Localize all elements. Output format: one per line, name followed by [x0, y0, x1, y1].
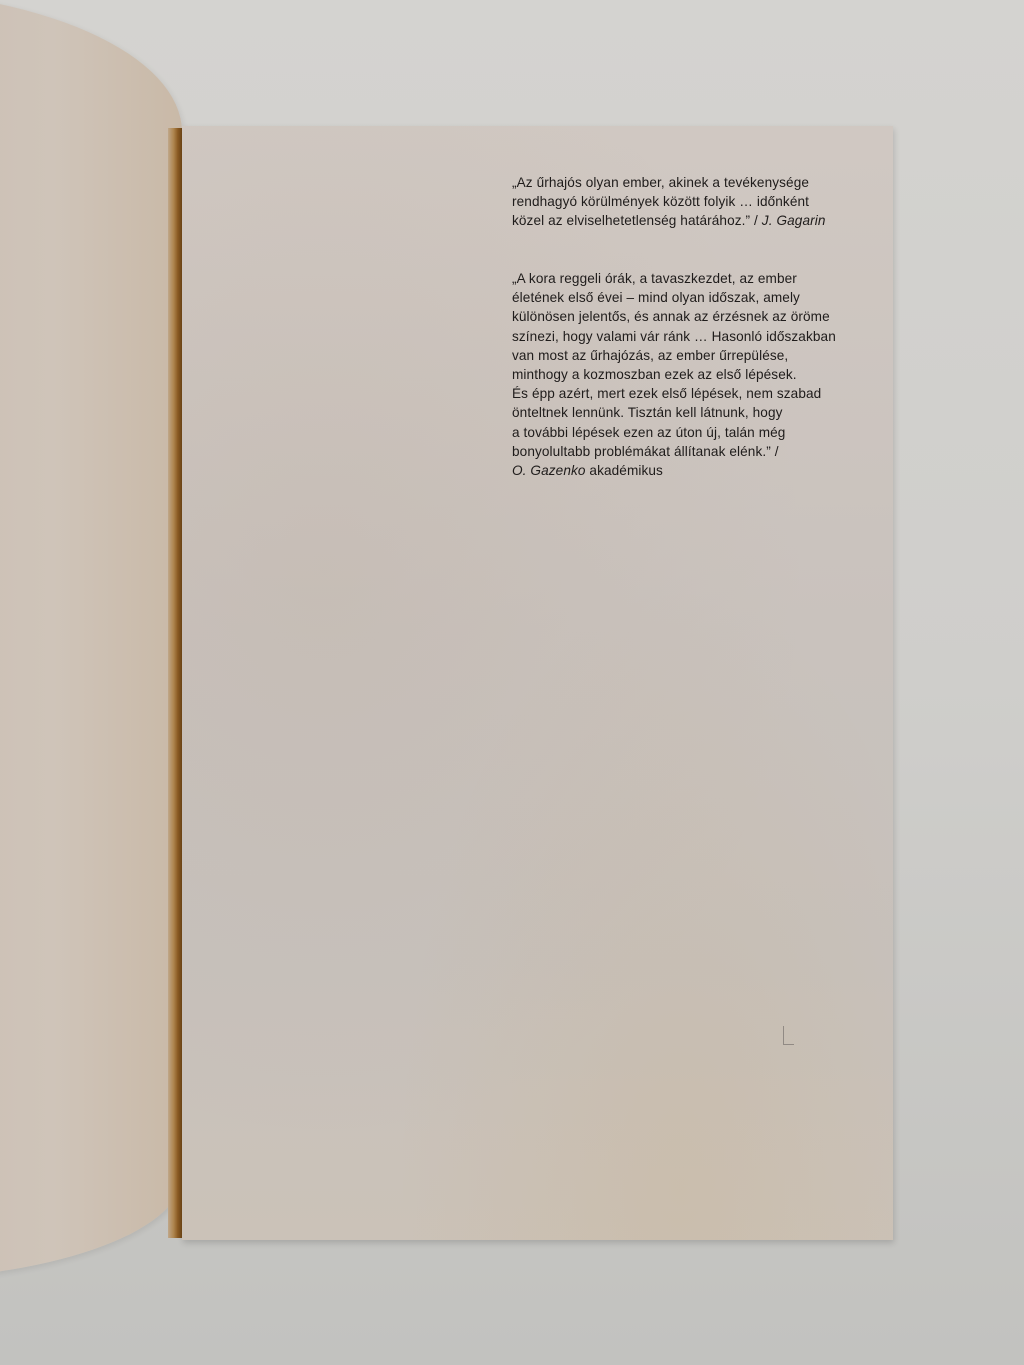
- quote-line: És épp azért, mert ezek első lépések, ne…: [512, 384, 912, 403]
- quote-line: „A kora reggeli órák, a tavaszkezdet, az…: [512, 269, 912, 288]
- left-page: [0, 0, 182, 1280]
- quote-line: minthogy a kozmoszban ezek az első lépés…: [512, 365, 912, 384]
- attribution-separator: /: [750, 213, 762, 228]
- quote-line: életének első évei – mind olyan időszak,…: [512, 288, 912, 307]
- quote-gazenko: „A kora reggeli órák, a tavaszkezdet, az…: [512, 269, 912, 480]
- quote-author: O. Gazenko: [512, 463, 586, 478]
- quote-line: közel az elviselhetetlenség határához.” …: [512, 211, 912, 230]
- quote-line: a további lépések ezen az úton új, talán…: [512, 423, 912, 442]
- quote-line: rendhagyó körülmények között folyik … id…: [512, 192, 912, 211]
- quote-line: O. Gazenko akadémikus: [512, 461, 912, 480]
- author-title: akadémikus: [586, 463, 663, 478]
- quote-gagarin: „Az űrhajós olyan ember, akinek a tevéke…: [512, 173, 912, 231]
- quote-line: bonyolultabb problémákat állítanak elénk…: [512, 442, 912, 461]
- pencil-mark: [783, 1026, 794, 1045]
- right-page: „Az űrhajós olyan ember, akinek a tevéke…: [182, 126, 893, 1240]
- quote-line: van most az űrhajózás, az ember űrrepülé…: [512, 346, 912, 365]
- quote-author: J. Gagarin: [762, 213, 826, 228]
- quote-line: különösen jelentős, és annak az érzésnek…: [512, 307, 912, 326]
- quote-line: színezi, hogy valami vár ránk … Hasonló …: [512, 327, 912, 346]
- book-photo-scene: „Az űrhajós olyan ember, akinek a tevéke…: [0, 0, 1024, 1365]
- quote-line: „Az űrhajós olyan ember, akinek a tevéke…: [512, 173, 912, 192]
- quote-line: önteltnek lennünk. Tisztán kell látnunk,…: [512, 403, 912, 422]
